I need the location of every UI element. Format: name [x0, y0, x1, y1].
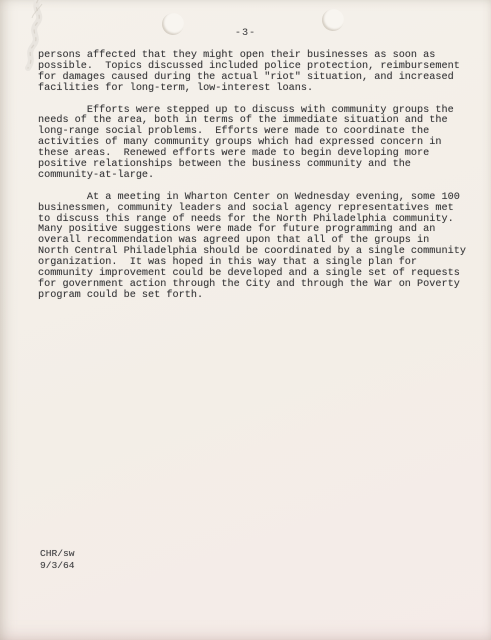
scanned-document-page: -3- persons affected that they might ope… [0, 0, 491, 640]
typist-initials: CHR/sw [40, 548, 75, 560]
document-footer: CHR/sw 9/3/64 [40, 548, 75, 572]
document-date: 9/3/64 [40, 560, 75, 572]
paragraph-community-efforts: Efforts were stepped up to discuss with … [38, 106, 468, 182]
paragraph-businesses-reopen: persons affected that they might open th… [38, 51, 468, 95]
page-number: -3- [0, 28, 491, 39]
paragraph-wharton-center-meeting: At a meeting in Wharton Center on Wednes… [38, 193, 468, 302]
document-body: persons affected that they might open th… [38, 51, 468, 313]
